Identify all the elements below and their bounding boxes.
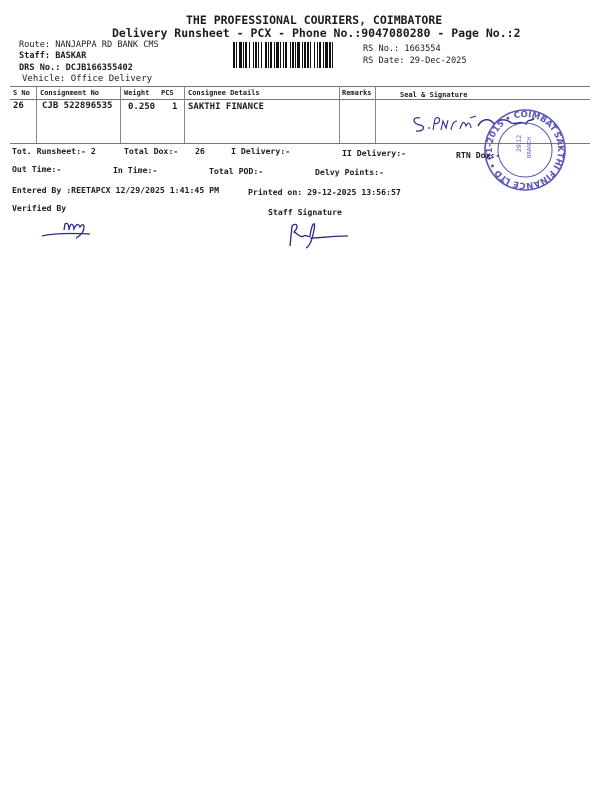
total-dox-value: 26 — [195, 146, 205, 156]
rs-no-value: 1663554 — [404, 44, 440, 54]
rs-date-value: 29-Dec-2025 — [410, 56, 467, 66]
rtn-dox: RTN Dox:- — [456, 150, 500, 160]
runsheet-subtitle: Delivery Runsheet - PCX - Phone No.:9047… — [112, 26, 521, 40]
cell-consignee: SAKTHI FINANCE — [188, 102, 264, 112]
vehicle-label: Vehicle: — [22, 74, 65, 84]
staff-signature — [284, 218, 354, 250]
route-line: Route: NANJAPPA RD BANK CMS — [19, 40, 159, 50]
col-header-pcs: PCS — [161, 89, 174, 97]
delvy-points: Delvy Points:- — [315, 167, 384, 177]
rs-no-line: RS No.: 1663554 — [363, 44, 441, 54]
col-divider — [375, 86, 376, 143]
col-divider — [184, 86, 185, 143]
staff-label: Staff: — [19, 51, 50, 61]
col-header-seal: Seal & Signature — [400, 91, 467, 99]
barcode-icon — [233, 42, 361, 68]
drs-label: DRS No.: — [19, 63, 60, 73]
col-header-consignment: Consignment No — [40, 89, 99, 97]
rs-date-line: RS Date: 29-Dec-2025 — [363, 56, 467, 66]
route-label: Route: — [19, 40, 50, 50]
svg-text:BRANCH: BRANCH — [527, 137, 533, 158]
ii-delivery: II Delivery:- — [342, 148, 406, 158]
staff-value: BASKAR — [55, 51, 86, 61]
cell-pcs: 1 — [172, 102, 177, 112]
cell-consignment-no: CJB 522896535 — [42, 101, 112, 111]
staff-line: Staff: BASKAR — [19, 51, 86, 61]
total-pod: Total POD:- — [209, 166, 263, 176]
company-title: THE PROFESSIONAL COURIERS, COIMBATORE — [186, 13, 442, 27]
staff-signature-label: Staff Signature — [268, 207, 342, 217]
vehicle-line: Vehicle: Office Delivery — [22, 74, 152, 84]
verified-by-label: Verified By — [12, 203, 66, 213]
i-delivery: I Delivery:- — [231, 146, 290, 156]
out-time: Out Time:- — [12, 164, 61, 174]
col-header-sno: S No — [13, 89, 30, 97]
col-header-consignee: Consignee Details — [188, 89, 260, 97]
col-divider — [120, 86, 121, 143]
entered-by: Entered By :REETAPCX 12/29/2025 1:41:45 … — [12, 185, 219, 195]
route-value: NANJAPPA RD BANK CMS — [55, 40, 158, 50]
drs-line: DRS No.: DCJB166355402 — [19, 63, 133, 73]
col-divider — [36, 86, 37, 143]
table-top-border — [10, 86, 590, 87]
drs-value: DCJB166355402 — [66, 63, 133, 73]
cell-weight: 0.250 — [128, 102, 155, 112]
printed-on: Printed on: 29-12-2025 13:56:57 — [248, 187, 401, 197]
table-header-border — [10, 99, 590, 100]
col-header-weight: Weight — [124, 89, 149, 97]
svg-text:29.12: 29.12 — [516, 135, 523, 152]
cell-sno: 26 — [13, 101, 24, 111]
rs-date-label: RS Date: — [363, 56, 404, 66]
col-divider — [339, 86, 340, 143]
tot-runsheet: Tot. Runsheet:- 2 — [12, 146, 96, 156]
vehicle-value: Office Delivery — [71, 74, 152, 84]
rs-no-label: RS No.: — [363, 44, 399, 54]
in-time: In Time:- — [113, 165, 157, 175]
col-header-remarks: Remarks — [342, 89, 372, 97]
verified-by-signature — [40, 218, 100, 240]
total-dox-label: Total Dox:- — [124, 146, 178, 156]
